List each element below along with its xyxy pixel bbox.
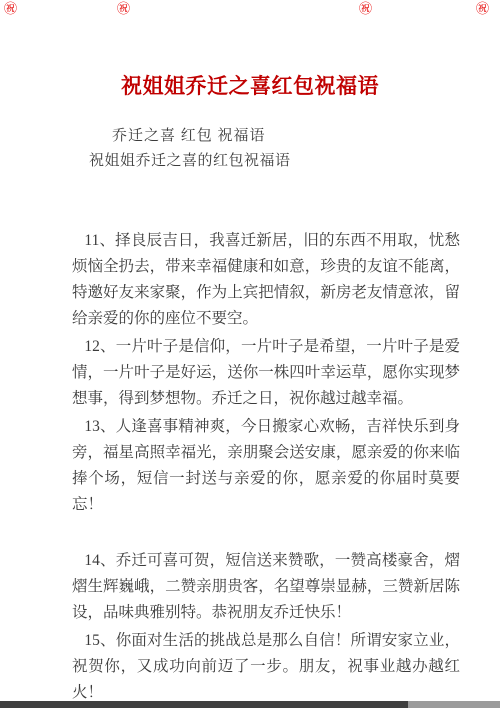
congrats-stamp-icon: ㊗	[4, 3, 17, 16]
tags-line: 乔迁之喜 红包 祝福语	[112, 126, 266, 146]
body-content: 11、择良辰吉日，我喜迁新居，旧的东西不用取，忧愁烦恼全扔去，带来幸福健康和如意…	[72, 228, 460, 706]
paragraph-15: 15、你面对生活的挑战总是那么自信！所谓安家立业，祝贺你，又成功向前迈了一步。朋…	[72, 628, 460, 706]
document-page: ㊗ ㊗ ㊗ ㊗ 祝姐姐乔迁之喜红包祝福语 乔迁之喜 红包 祝福语 祝姐姐乔迁之喜…	[0, 0, 500, 708]
paragraph-12: 12、一片叶子是信仰，一片叶子是希望，一片叶子是爱情，一片叶子是好运，送你一株四…	[72, 334, 460, 412]
page-title: 祝姐姐乔迁之喜红包祝福语	[0, 75, 500, 99]
paragraph-13: 13、人逢喜事精神爽，今日搬家心欢畅，吉祥快乐到身旁，福星高照幸福光，亲朋聚会送…	[72, 414, 460, 518]
paragraph-14: 14、乔迁可喜可贺，短信送来赞歌，一赞高楼豪舍，熠熠生辉巍峨，二赞亲朋贵客，名望…	[72, 548, 460, 626]
congrats-stamp-icon: ㊗	[117, 3, 130, 16]
bottom-edge-bar	[0, 701, 500, 708]
congrats-stamp-icon: ㊗	[359, 3, 372, 16]
congrats-stamp-icon: ㊗	[476, 3, 489, 16]
bottom-bar-dark-segment	[0, 701, 408, 708]
paragraph-11: 11、择良辰吉日，我喜迁新居，旧的东西不用取，忧愁烦恼全扔去，带来幸福健康和如意…	[72, 228, 460, 332]
bottom-bar-light-segment	[408, 701, 500, 708]
subtitle: 祝姐姐乔迁之喜的红包祝福语	[89, 151, 291, 171]
